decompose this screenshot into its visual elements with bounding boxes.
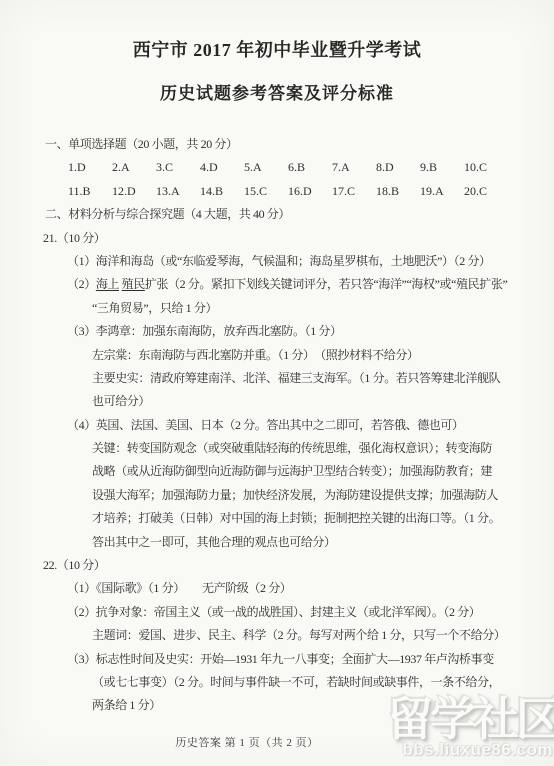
q22-number: 22.（10 分）: [0, 554, 554, 577]
answers-row-1: 1.D 2.A 3.C 4.D 5.A 6.B 7.A 8.D 9.B 10.C: [0, 156, 554, 179]
q22-item1: （1）《国际歌》（1 分） 无产阶级（2 分）: [0, 577, 554, 600]
q21-item4-line2: 关键：转变国防观念（或突破重陆轻海的传统思维，强化海权意识）；转变海防: [0, 437, 554, 460]
document-page: 西宁市 2017 年初中毕业暨升学考试 历史试题参考答案及评分标准 一、单项选择…: [0, 0, 554, 766]
answer-cell-2: 2.A: [112, 156, 153, 179]
q21-item4-line4: 设强大海军；加强海防力量；加快经济发展，为海防建设提供支撑；加强海防人: [0, 484, 554, 507]
q21-item4-line3: 战略（或从近海防御型向近海防御与远海护卫型结合转变）；加强海防教育；建: [0, 460, 554, 483]
answer-cell-11: 11.B: [68, 180, 109, 203]
answer-cell-20: 20.C: [464, 180, 505, 203]
answer-cell-10: 10.C: [464, 156, 505, 179]
answer-cell-1: 1.D: [68, 156, 109, 179]
q22-item2-line1: （2）抗争对象：帝国主义（或一战的战胜国）、封建主义（或北洋军阀）。（2 分）: [0, 601, 554, 624]
answer-cell-19: 19.A: [420, 180, 461, 203]
q21-item2-rest: 扩张（2 分。紧扣下划线关键词评分，若只答“海洋”“海权”或“殖民扩张”: [145, 277, 508, 291]
answer-cell-15: 15.C: [244, 180, 285, 203]
q21-item3-line3: 主要史实：清政府筹建南洋、北洋、福建三支海军。（1 分。若只答筹建北洋舰队: [0, 367, 554, 390]
q21-item2: （2）海上 殖民扩张（2 分。紧扣下划线关键词评分，若只答“海洋”“海权”或“殖…: [0, 273, 554, 296]
q21-item3-line1: （3）李鸿章：加强东南海防，放弃西北塞防。（1 分）: [0, 320, 554, 343]
q22-item3-line3: 两条给 1 分）: [0, 694, 554, 717]
answer-cell-8: 8.D: [376, 156, 417, 179]
q21-item2-prefix: （2）: [67, 277, 96, 291]
answer-cell-17: 17.C: [332, 180, 373, 203]
answer-cell-5: 5.A: [244, 156, 285, 179]
answer-cell-6: 6.B: [288, 156, 329, 179]
q21-item3-line2: 左宗棠：东南海防与西北塞防并重。（1 分） （照抄材料不给分）: [0, 344, 554, 367]
q21-item3-line4: 也可给分）: [0, 390, 554, 413]
answer-cell-13: 13.A: [156, 180, 197, 203]
q21-item2-continuation: “三角贸易”，只给 1 分）: [0, 297, 554, 320]
q21-item4-line6: 答出其中之一即可，其他合理的观点也可给分）: [0, 531, 554, 554]
section2-heading: 二、材料分析与综合探究题（4 大题，共 40 分）: [0, 203, 554, 226]
q21-item4-line5: 才培养；打破美（日韩）对中国的海上封锁；扼制把控关键的出海口等。（1 分。: [0, 507, 554, 530]
section1-heading: 一、单项选择题（20 小题，共 20 分）: [0, 133, 554, 156]
q21-item2-underlined-keyword-2: 殖民: [122, 277, 145, 291]
q22-item3-line1: （3）标志性时间及史实：开始—1931 年九一八事变；全面扩大—1937 年卢沟…: [0, 648, 554, 671]
answer-cell-7: 7.A: [332, 156, 373, 179]
answer-cell-14: 14.B: [200, 180, 241, 203]
q21-item1: （1）海洋和海岛（或“东临爱琴海，气候温和；海岛星罗棋布，土地肥沃”）（2 分）: [0, 250, 554, 273]
q21-item2-underlined-keyword-1: 海上: [96, 277, 119, 291]
answer-cell-12: 12.D: [112, 180, 153, 203]
doc-body: 一、单项选择题（20 小题，共 20 分） 1.D 2.A 3.C 4.D 5.…: [0, 133, 554, 718]
answer-cell-16: 16.D: [288, 180, 329, 203]
q22-item3-line2: （或七七事变）（2 分。时间与事件缺一不可，若缺时间或缺事件，一条不给分，: [0, 671, 554, 694]
q21-number: 21.（10 分）: [0, 227, 554, 250]
answer-cell-3: 3.C: [156, 156, 197, 179]
answer-cell-4: 4.D: [200, 156, 241, 179]
q22-item2-line2: 主题词：爱国、进步、民主、科学（2 分。每写对两个给 1 分，只写一个不给分）: [0, 624, 554, 647]
page-footer-number: 历史答案 第 1 页（共 2 页）: [0, 734, 524, 750]
answer-cell-9: 9.B: [420, 156, 461, 179]
doc-title-line1: 西宁市 2017 年初中毕业暨升学考试: [0, 0, 554, 62]
q21-item4-line1: （4）英国、法国、美国、日本（2 分。答出其中之二即可，若答俄、德也可）: [0, 414, 554, 437]
answer-cell-18: 18.B: [376, 180, 417, 203]
answers-row-2: 11.B 12.D 13.A 14.B 15.C 16.D 17.C 18.B …: [0, 180, 554, 203]
doc-title-line2: 历史试题参考答案及评分标准: [0, 62, 554, 104]
